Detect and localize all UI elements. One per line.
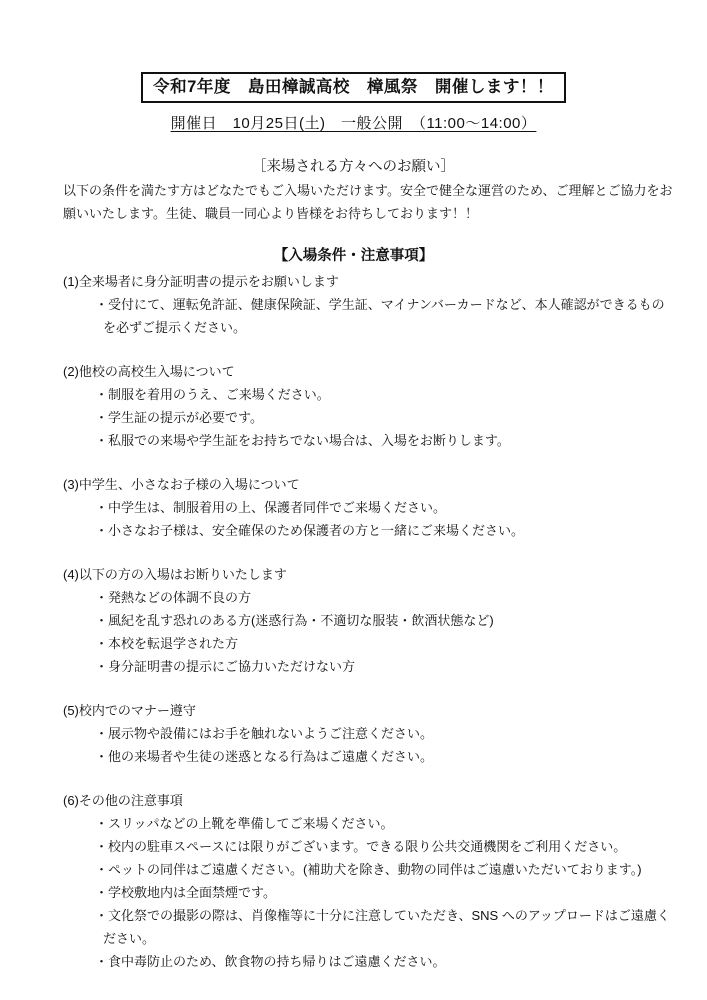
bullet-item: ・本校を転退学された方	[63, 632, 677, 655]
festival-notice-document: 令和7年度 島田樟誠高校 樟風祭 開催します！！ 開催日 10月25日(土) 一…	[0, 0, 707, 1000]
event-date-text: 開催日 10月25日(土) 一般公開 （11:00～14:00）	[171, 115, 537, 132]
condition-section-6: (6)その他の注意事項 ・スリッパなどの上靴を準備してご来場ください。 ・校内の…	[63, 789, 677, 973]
section-title: (1)全来場者に身分証明書の提示をお願いします	[63, 270, 677, 293]
bullet-item: ・校内の駐車スペースには限りがございます。できる限り公共交通機関をご利用ください…	[63, 835, 677, 858]
condition-section-1: (1)全来場者に身分証明書の提示をお願いします ・受付にて、運転免許証、健康保険…	[63, 270, 677, 339]
condition-section-3: (3)中学生、小さなお子様の入場について ・中学生は、制服着用の上、保護者同伴で…	[63, 473, 677, 542]
bullet-item: ・身分証明書の提示にご協力いただけない方	[63, 655, 677, 678]
section-title: (4)以下の方の入場はお断りいたします	[63, 563, 677, 586]
bullet-item: ・他の来場者や生徒の迷惑となる行為はご遠慮ください。	[63, 745, 677, 768]
bullet-item: ・展示物や設備にはお手を触れないようご注意ください。	[63, 722, 677, 745]
bullet-item: ・ペットの同伴はご遠慮ください。(補助犬を除き、動物の同伴はご遠慮いただいており…	[63, 858, 677, 881]
section-title: (3)中学生、小さなお子様の入場について	[63, 473, 677, 496]
bullet-item: ・学生証の提示が必要です。	[63, 406, 677, 429]
page-title: 令和7年度 島田樟誠高校 樟風祭 開催します！！	[141, 72, 566, 103]
condition-section-5: (5)校内でのマナー遵守 ・展示物や設備にはお手を触れないようご注意ください。 …	[63, 699, 677, 768]
event-date-line: 開催日 10月25日(土) 一般公開 （11:00～14:00）	[63, 112, 644, 133]
title-row: 令和7年度 島田樟誠高校 樟風祭 開催します！！	[63, 72, 644, 103]
bullet-item: ・発熱などの体調不良の方	[63, 586, 677, 609]
conditions-heading: 【入場条件・注意事項】	[63, 244, 644, 265]
bullet-item: ・食中毒防止のため、飲食物の持ち帰りはご遠慮ください。	[63, 950, 677, 973]
bullet-item: ・小さなお子様は、安全確保のため保護者の方と一緒にご来場ください。	[63, 519, 677, 542]
bullet-item: ・制服を着用のうえ、ご来場ください。	[63, 383, 677, 406]
bullet-item: ・文化祭での撮影の際は、肖像権等に十分に注意していただき、SNS へのアップロー…	[63, 904, 677, 950]
bullet-item: ・私服での来場や学生証をお持ちでない場合は、入場をお断りします。	[63, 429, 677, 452]
section-title: (5)校内でのマナー遵守	[63, 699, 677, 722]
section-title: (2)他校の高校生入場について	[63, 360, 677, 383]
request-body: 以下の条件を満たす方はどなたでもご入場いただけます。安全で健全な運営のため、ご理…	[63, 179, 677, 225]
request-heading: ［来場される方々へのお願い］	[63, 155, 644, 176]
section-title: (6)その他の注意事項	[63, 789, 677, 812]
condition-section-4: (4)以下の方の入場はお断りいたします ・発熱などの体調不良の方 ・風紀を乱す恐…	[63, 563, 677, 678]
bullet-item: ・風紀を乱す恐れのある方(迷惑行為・不適切な服装・飲酒状態など)	[63, 609, 677, 632]
bullet-item: ・学校敷地内は全面禁煙です。	[63, 881, 677, 904]
bullet-item: ・受付にて、運転免許証、健康保険証、学生証、マイナンバーカードなど、本人確認がで…	[63, 293, 677, 339]
bullet-item: ・中学生は、制服着用の上、保護者同伴でご来場ください。	[63, 496, 677, 519]
condition-section-2: (2)他校の高校生入場について ・制服を着用のうえ、ご来場ください。 ・学生証の…	[63, 360, 677, 452]
bullet-item: ・スリッパなどの上靴を準備してご来場ください。	[63, 812, 677, 835]
